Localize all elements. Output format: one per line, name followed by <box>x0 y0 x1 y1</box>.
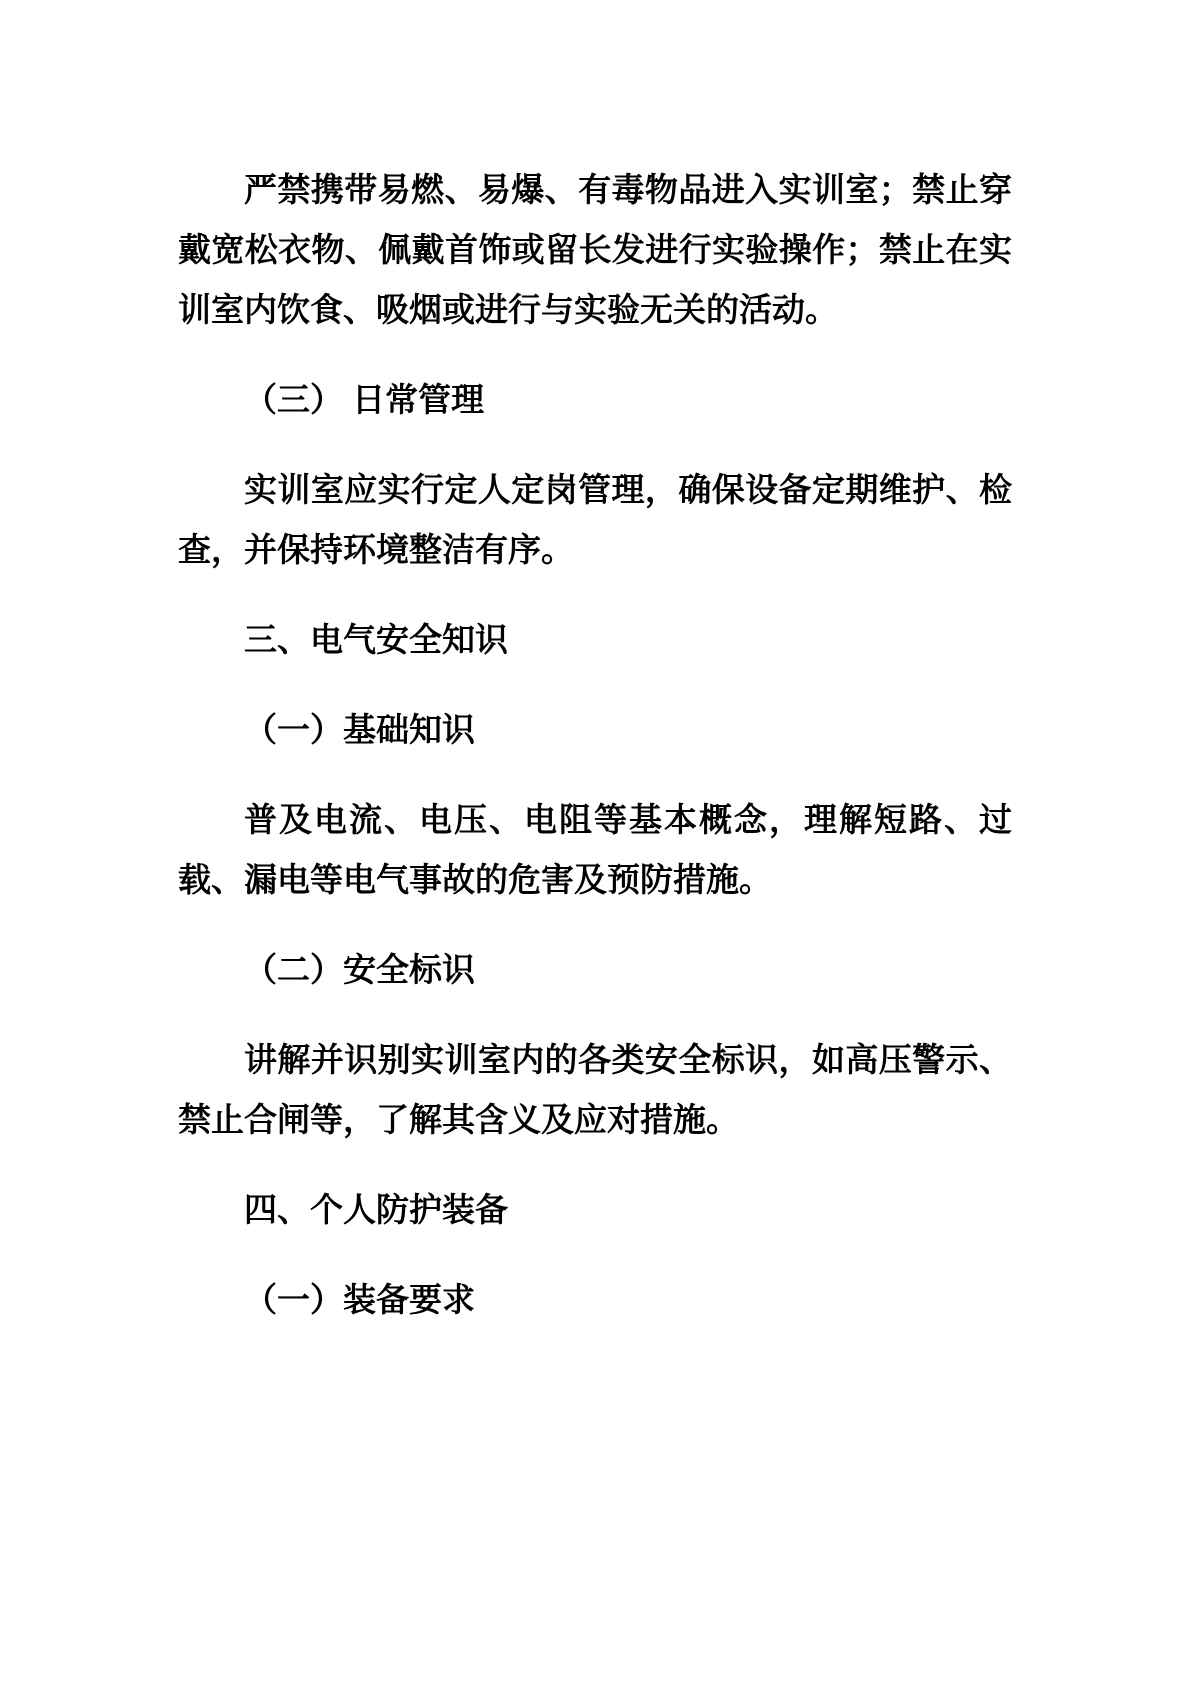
paragraph-daily-management: 实训室应实行定人定岗管理，确保设备定期维护、检查，并保持环境整洁有序。 <box>178 460 1012 580</box>
paragraph-basic-knowledge: 普及电流、电压、电阻等基本概念，理解短路、过载、漏电等电气事故的危害及预防措施。 <box>178 790 1012 910</box>
heading-electrical-safety: 三、电气安全知识 <box>178 610 1012 670</box>
paragraph-prohibitions: 严禁携带易燃、易爆、有毒物品进入实训室；禁止穿戴宽松衣物、佩戴首饰或留长发进行实… <box>178 160 1012 340</box>
paragraph-safety-signs: 讲解并识别实训室内的各类安全标识，如高压警示、禁止合闸等，了解其含义及应对措施。 <box>178 1030 1012 1150</box>
heading-personal-protection: 四、个人防护装备 <box>178 1180 1012 1240</box>
document-page: 严禁携带易燃、易爆、有毒物品进入实训室；禁止穿戴宽松衣物、佩戴首饰或留长发进行实… <box>0 0 1190 1683</box>
heading-equipment-requirements: （一）装备要求 <box>178 1270 1012 1330</box>
heading-daily-management: （三） 日常管理 <box>178 370 1012 430</box>
heading-safety-signs: （二）安全标识 <box>178 940 1012 1000</box>
heading-basic-knowledge: （一）基础知识 <box>178 700 1012 760</box>
